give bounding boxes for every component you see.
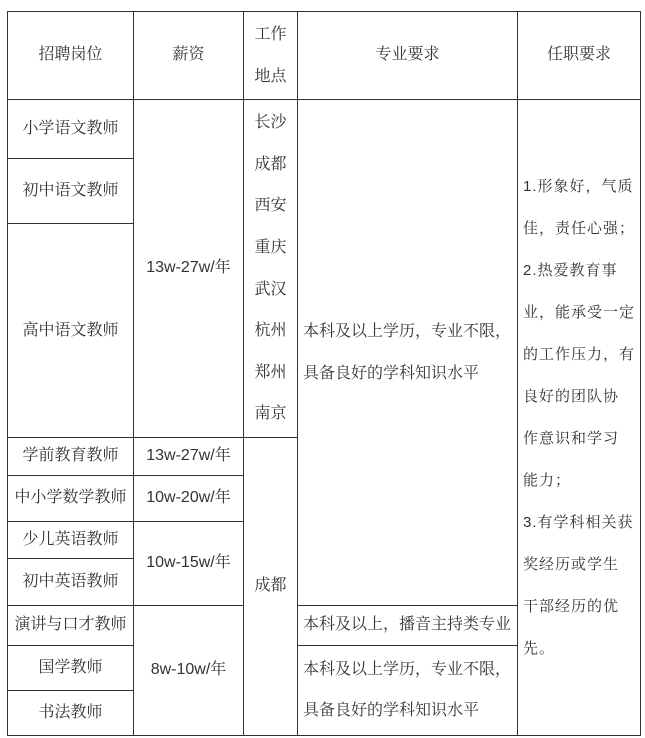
cell-salary-math: 10w-20w/年 <box>134 475 244 521</box>
cell-salary-chinese-teachers: 13w-27w/年 <box>134 100 244 438</box>
header-salary: 薪资 <box>134 12 244 100</box>
row-primary-chinese: 小学语文教师 13w-27w/年 长沙 成都 西安 重庆 武汉 杭州 郑州 南京… <box>8 100 641 159</box>
cell-salary-preschool: 13w-27w/年 <box>134 437 244 475</box>
cell-salary-speech-guoxue-calligraphy: 8w-10w/年 <box>134 605 244 735</box>
city-chongqing: 重庆 <box>248 227 293 269</box>
cell-position-senior-chinese: 高中语文教师 <box>8 224 134 437</box>
header-location: 工作地点 <box>244 12 298 100</box>
cell-major-requirement-upper: 本科及以上学历，专业不限， 具备良好的学科知识水平 <box>298 100 518 606</box>
city-xian: 西安 <box>248 185 293 227</box>
city-nanjing: 南京 <box>248 393 293 435</box>
cell-position-primary-chinese: 小学语文教师 <box>8 100 134 159</box>
header-duty: 任职要求 <box>518 12 641 100</box>
cell-position-math: 中小学数学教师 <box>8 475 134 521</box>
cell-position-preschool: 学前教育教师 <box>8 437 134 475</box>
cell-position-guoxue: 国学教师 <box>8 645 134 690</box>
city-changsha: 长沙 <box>248 102 293 144</box>
cell-position-kids-english: 少儿英语教师 <box>8 521 134 558</box>
cell-position-junior-chinese: 初中语文教师 <box>8 159 134 224</box>
city-zhengzhou: 郑州 <box>248 352 293 394</box>
cell-position-calligraphy: 书法教师 <box>8 690 134 735</box>
city-wuhan: 武汉 <box>248 269 293 311</box>
cell-position-junior-english: 初中英语教师 <box>8 558 134 605</box>
city-hangzhou: 杭州 <box>248 310 293 352</box>
header-position: 招聘岗位 <box>8 12 134 100</box>
cell-location-chengdu: 成都 <box>244 437 298 735</box>
header-row: 招聘岗位 薪资 工作地点 专业要求 任职要求 <box>8 12 641 100</box>
city-chengdu: 成都 <box>248 144 293 186</box>
cell-major-requirement-lower: 本科及以上学历，专业不限， 具备良好的学科知识水平 <box>298 645 518 735</box>
cell-location-city-list: 长沙 成都 西安 重庆 武汉 杭州 郑州 南京 <box>244 100 298 438</box>
cell-duty-requirement: 1.形象好，气质 佳，责任心强； 2.热爱教育事 业，能承受一定 的工作压力，有… <box>518 100 641 736</box>
cell-salary-english: 10w-15w/年 <box>134 521 244 605</box>
cell-major-requirement-speech: 本科及以上，播音主持类专业 <box>298 605 518 645</box>
cell-position-speech: 演讲与口才教师 <box>8 605 134 645</box>
header-major: 专业要求 <box>298 12 518 100</box>
recruitment-table: 招聘岗位 薪资 工作地点 专业要求 任职要求 小学语文教师 13w-27w/年 … <box>7 11 641 736</box>
